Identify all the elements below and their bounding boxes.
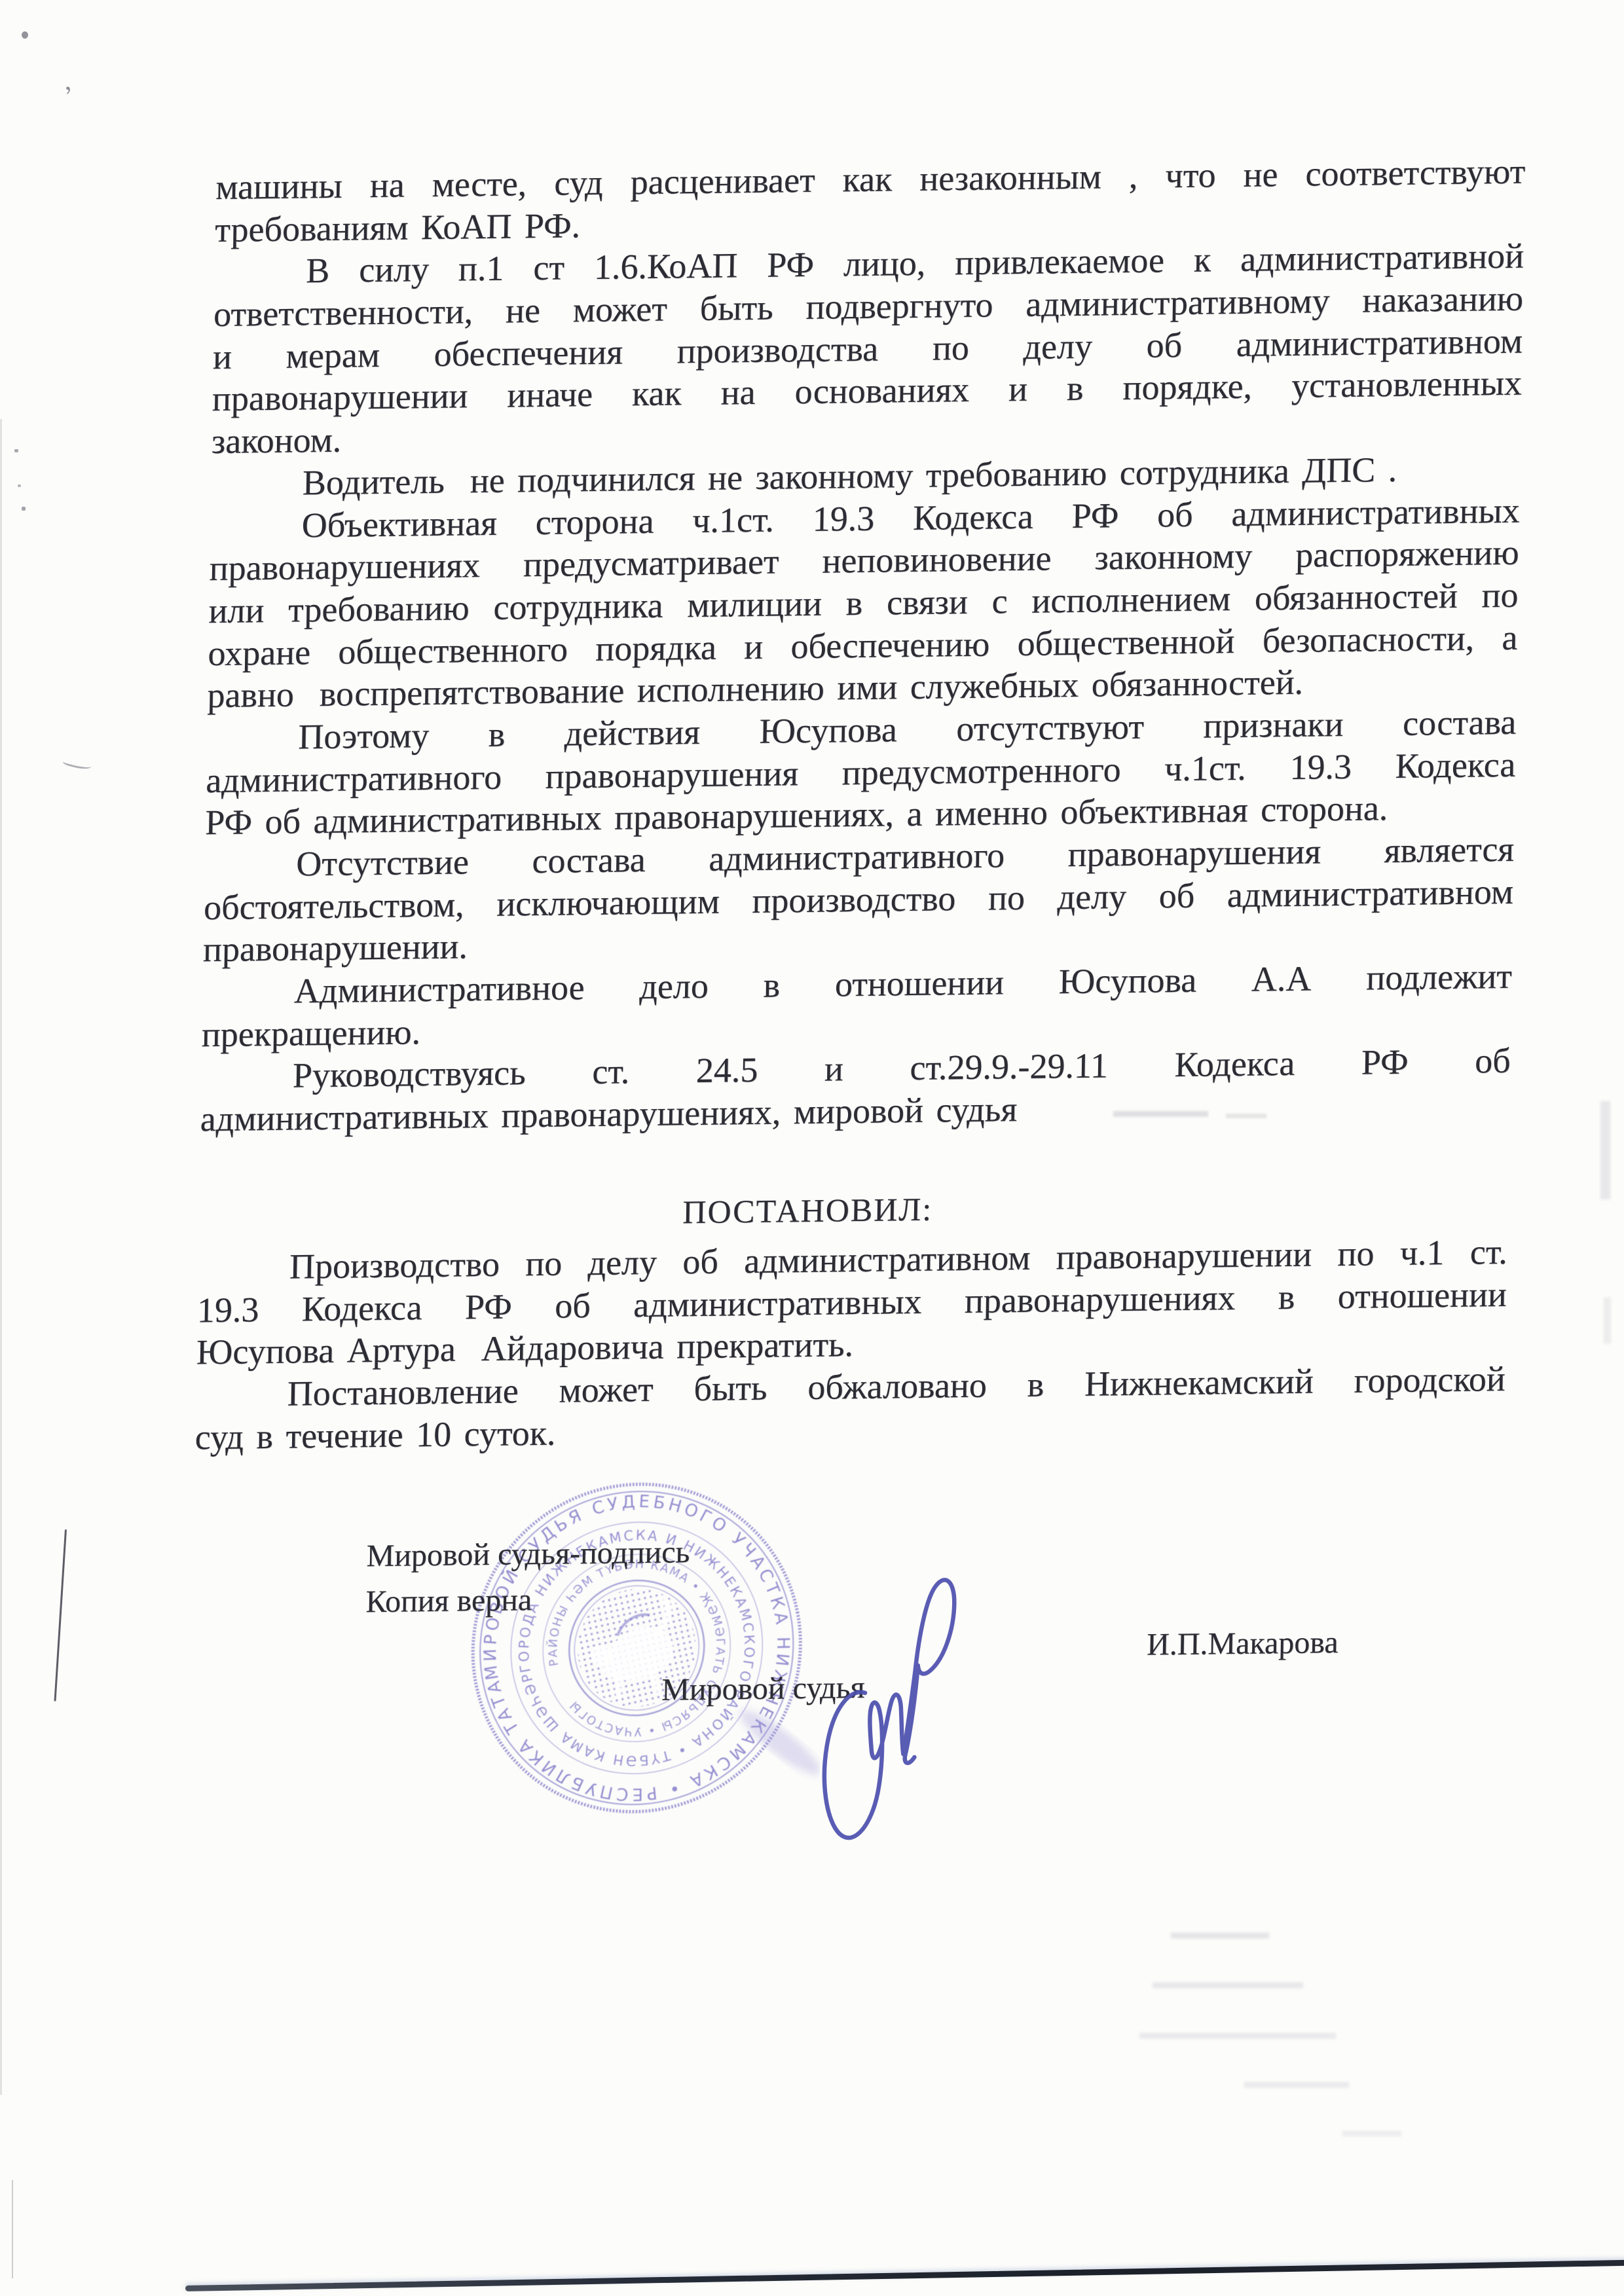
word: машины [215,165,343,209]
word: правонарушениях [965,1276,1236,1322]
word: ч.1 [1399,1231,1445,1275]
word: незаконным [919,155,1102,200]
word: обжаловано [807,1364,987,1408]
judge-signature [754,1536,984,1918]
word: Юсупова [1058,959,1196,1003]
word: по [932,327,969,369]
word: и [744,625,764,668]
word: неповиновение [822,538,1052,583]
word: по [988,877,1025,919]
word: делу [1023,325,1092,368]
word: быть [693,1367,767,1410]
word: ч.1ст. [1164,746,1247,790]
word: п.1 [458,247,504,291]
word: исполнением [1031,577,1231,622]
word: обеспечению [790,623,990,667]
word: об [1475,1040,1511,1082]
word: подлежит [1366,955,1513,999]
word: делу [1057,875,1126,919]
word: законному [1094,535,1253,579]
word: силу [359,248,430,291]
word: что [1165,154,1216,197]
word: с [991,580,1008,623]
word: в [1027,1363,1044,1406]
word: ч.1ст. [692,498,775,541]
word: Кодекса [1395,743,1516,787]
word: на [369,164,405,206]
word: не [506,289,541,332]
word: безопасности, [1262,617,1475,662]
word: об [555,1285,591,1327]
word: В [306,249,330,292]
word: охране [208,631,311,675]
word: административного [709,834,1005,880]
word: ст.29.9.-29.11 [910,1045,1109,1089]
word: как [842,158,893,201]
word: месте, [432,162,527,206]
document-body: машинынаместе,судрасцениваеткакнезаконны… [194,151,1526,1459]
word: состава [532,839,646,883]
word: не [1243,153,1278,196]
word: 19.3 [196,1288,259,1332]
word: связи [887,581,969,624]
word: к [1193,239,1211,282]
word: по [1481,574,1519,617]
word: порядке, [1122,365,1253,409]
word: об [682,1240,719,1283]
word: в [488,714,506,756]
word: как [632,373,682,416]
word: подвергнуто [805,284,993,329]
word: общественной [1017,620,1235,665]
word: предусмотренного [841,748,1121,794]
word: быть [699,287,773,330]
word: административном [744,1237,1031,1283]
word: производство [752,877,956,922]
word: правонарушении [212,375,468,420]
word: 19.3 [1289,745,1352,788]
word: соответствуют [1305,151,1526,196]
word: по [1337,1232,1375,1275]
word: Нижнекамский [1084,1360,1314,1405]
word: правонарушениях [209,544,480,590]
word: порядка [595,626,717,670]
word: и [213,335,232,378]
word: по [525,1242,563,1285]
word: об [1157,493,1194,536]
word: 19.3 [812,497,875,540]
word: обстоятельством, [204,883,465,929]
word: об [1146,324,1183,367]
word: сотрудника [493,585,663,629]
word: производства [676,327,879,372]
word: РФ [465,1285,513,1328]
word: Отсутствие [296,841,470,885]
resolution-heading: ПОСТАНОВИЛ: [153,1183,1463,1238]
word: правонарушения [1067,830,1321,875]
word: милиции [687,583,822,627]
word: состава [1403,701,1517,745]
word: Производство [289,1243,500,1288]
word: дело [639,965,709,1008]
word: административном [1236,319,1522,365]
word: основаниях [794,369,970,413]
word: является [1384,828,1515,872]
word: Руководствуясь [292,1052,526,1097]
word: , [1129,155,1139,198]
word: расценивает [630,159,815,204]
word: административного [206,756,502,801]
word: признаки [1203,703,1344,747]
word: РФ [1071,494,1119,538]
word: Кодекса [913,495,1034,539]
copy-certified-label: Копия верна [365,1582,532,1620]
word: делу [587,1241,657,1285]
signature-note-label: Мировой судья-подпись [366,1534,690,1574]
word: ст [533,247,565,289]
word: А.А [1251,958,1312,1001]
word: РФ [767,244,815,287]
word: обеспечения [434,331,623,375]
word: обязанностей [1255,575,1458,619]
word: в [763,964,781,1007]
word: ответственности, [213,290,473,336]
word: предусматривает [523,541,780,586]
word: Кодекса [1174,1042,1295,1086]
word: требованию [288,587,470,631]
word: ст. [1469,1231,1507,1273]
word: лицо, [843,242,926,285]
word: отношении [1337,1273,1507,1317]
word: отношении [834,961,1004,1006]
judge-name-label: И.П.Макарова [1147,1624,1338,1663]
word: РФ [1361,1041,1409,1084]
word: в [1067,367,1084,410]
page-content: машинынаместе,судрасцениваеткакнезаконны… [0,0,1624,2296]
word: и [824,1048,844,1091]
word: Постановление [287,1370,519,1415]
word: сторона [535,500,654,543]
word: административном [1227,870,1513,916]
word: 1.6.КоАП [593,245,737,289]
word: в [845,582,863,625]
word: правонарушении [1056,1233,1312,1278]
word: а [1502,616,1518,659]
word: или [208,589,265,632]
word: административных [633,1280,922,1326]
scanned-court-document: машинынаместе,судрасцениваеткакнезаконны… [0,0,1624,2296]
word: административных [1231,489,1520,535]
word: привлекаемое [955,240,1165,285]
word: наказанию [1362,278,1524,322]
word: суд [554,162,603,205]
word: иначе [507,373,593,416]
word: Поэтому [298,714,430,758]
word: ст. [592,1051,630,1093]
word: действия [564,711,700,755]
word: городской [1354,1358,1505,1402]
word: об [1158,874,1195,917]
word: распоряжению [1295,532,1519,577]
word: Юсупова [759,708,897,752]
word: мерам [286,334,380,377]
word: правонарушения [545,752,798,797]
word: исключающим [496,880,720,925]
word: административному [1025,280,1330,325]
word: отсутствуют [956,706,1145,750]
word: административной [1240,235,1524,281]
word: общественного [338,628,568,673]
word: Объективная [301,501,497,546]
word: установленных [1291,362,1522,407]
word: и [1008,368,1028,410]
word: Административное [293,966,585,1012]
word: на [720,371,756,414]
word: может [572,288,667,331]
word: в [1278,1275,1295,1318]
word: Кодекса [301,1286,422,1330]
word: 24.5 [695,1049,758,1092]
word: может [559,1368,654,1412]
